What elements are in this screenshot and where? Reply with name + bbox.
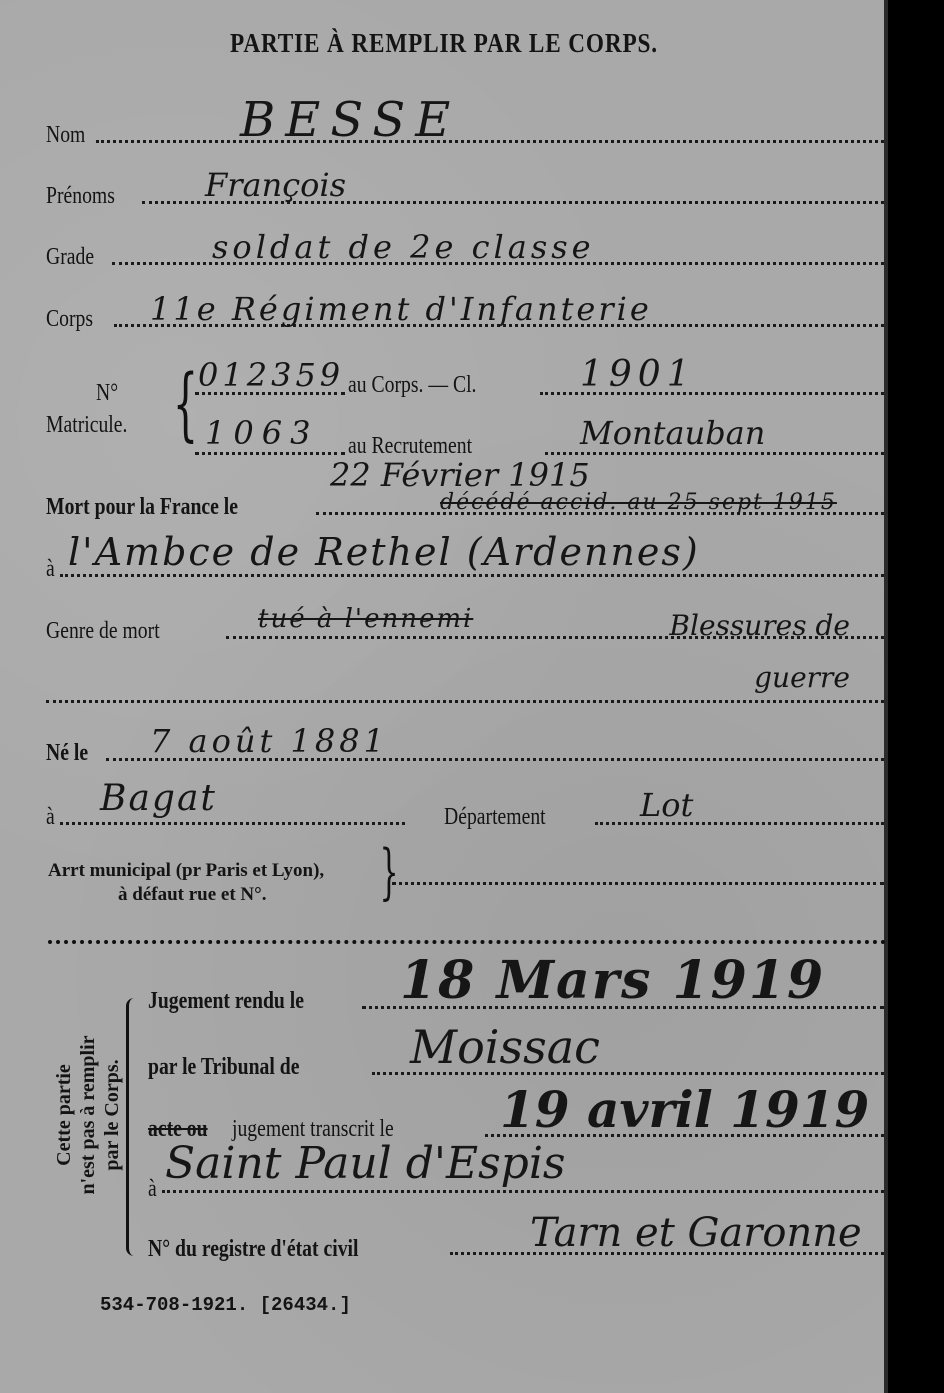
arr-dotted-line: [392, 882, 884, 885]
corps-value[interactable]: 11e Régiment d'Infanterie: [150, 290, 652, 328]
prenoms-label: Prénoms: [46, 183, 115, 210]
grade-value[interactable]: soldat de 2e classe: [212, 228, 595, 266]
jugement-rendu-label: Jugement rendu le: [148, 988, 304, 1015]
lieu-naissance-value[interactable]: Bagat: [100, 778, 217, 819]
arr-brace: }: [380, 842, 399, 902]
genre-value[interactable]: Blessures de guerre: [650, 600, 850, 704]
ne-le-label: Né le: [46, 740, 88, 767]
side-note-line1: Cette partie: [52, 980, 76, 1250]
corps-number-value[interactable]: 012359: [198, 356, 344, 394]
departement-value[interactable]: Lot: [640, 786, 693, 824]
classe-value[interactable]: 1901: [580, 354, 696, 395]
arr-label-line1: Arrt municipal (pr Paris et Lyon),: [48, 860, 324, 882]
departement-dotted-line: [595, 822, 884, 825]
section-divider-bold: [48, 940, 886, 944]
recrutement-number-dotted-line: [195, 452, 345, 455]
death-record-card: PARTIE À REMPLIR PAR LE CORPS. Nom BESSE…: [0, 0, 888, 1393]
recrutement-number-value[interactable]: 1063: [205, 414, 318, 452]
jugement-brace: [126, 998, 139, 1256]
genre-struck-value: tué à l'ennemi: [258, 604, 473, 634]
side-note-line3: par le Corps.: [100, 980, 124, 1250]
mort-value[interactable]: 22 Février 1915: [330, 456, 590, 494]
prenoms-value[interactable]: François: [205, 166, 346, 204]
transcrit-lieu-value[interactable]: Saint Paul d'Espis: [165, 1138, 566, 1189]
nom-value[interactable]: BESSE: [240, 92, 460, 148]
recrutement-dotted-line: [545, 452, 884, 455]
transcrit-lieu-label: à: [148, 1176, 157, 1203]
matricule-no-label: N°: [96, 380, 118, 407]
print-code: 534-708-1921. [26434.]: [100, 1294, 351, 1316]
card-edge: [884, 0, 888, 1393]
departement-label: Département: [444, 804, 546, 831]
section-divider-dotted: [46, 700, 884, 703]
lieu-naissance-label: à: [46, 804, 55, 831]
transcrit-lieu-dotted-line: [162, 1190, 884, 1193]
corps-label: Corps: [46, 306, 93, 333]
mort-struck-value: décédé accid. au 25 sept 1915: [440, 490, 837, 515]
tribunal-value[interactable]: Moissac: [410, 1020, 600, 1074]
matricule-label: Matricule.: [46, 412, 127, 439]
genre-label: Genre de mort: [46, 618, 160, 645]
nom-dotted-line: [96, 140, 884, 143]
recrutement-value[interactable]: Montauban: [580, 414, 765, 452]
mort-label: Mort pour la France le: [46, 494, 238, 521]
nom-label: Nom: [46, 122, 85, 149]
lieu-naissance-dotted-line: [60, 822, 405, 825]
arr-label-line2: à défaut rue et N°.: [118, 884, 266, 906]
lieu-deces-dotted-line: [60, 574, 884, 577]
tribunal-label: par le Tribunal de: [148, 1054, 299, 1081]
ne-le-value[interactable]: 7 août 1881: [150, 722, 388, 760]
grade-label: Grade: [46, 244, 94, 271]
transcrit-value[interactable]: 19 avril 1919: [500, 1080, 869, 1139]
lieu-deces-label: à: [46, 556, 55, 583]
matricule-brace: {: [173, 364, 198, 444]
lieu-deces-value[interactable]: l'Ambce de Rethel (Ardennes): [68, 530, 700, 574]
jugement-rendu-value[interactable]: 18 Mars 1919: [400, 950, 825, 1011]
side-note-line2: n'est pas à remplir: [76, 980, 100, 1250]
registre-label: N° du registre d'état civil: [148, 1236, 358, 1263]
form-title: PARTIE À REMPLIR PAR LE CORPS.: [62, 28, 826, 59]
au-corps-label: au Corps. — Cl.: [348, 372, 476, 399]
side-note: Cette partie n'est pas à remplir par le …: [52, 980, 124, 1250]
registre-value[interactable]: Tarn et Garonne: [530, 1210, 862, 1256]
